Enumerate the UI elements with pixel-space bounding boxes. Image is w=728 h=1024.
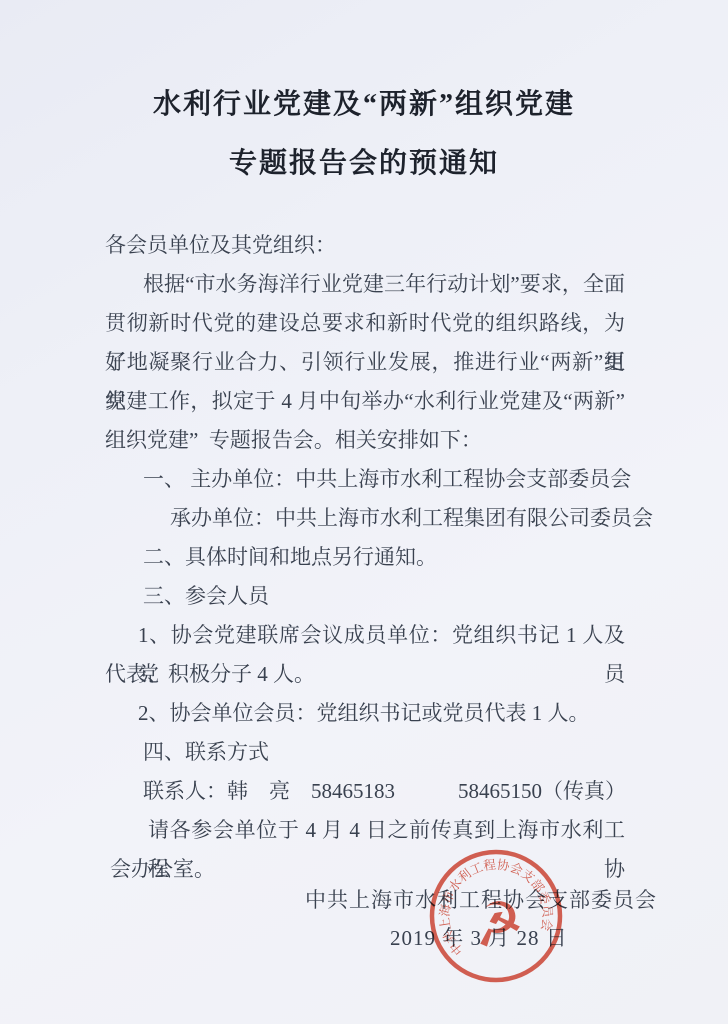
item-attendees-line: 三、参会人员 [105, 577, 625, 616]
salutation-line: 各会员单位及其党组织： [105, 226, 625, 265]
item-undertaker-line: 承办单位：中共上海市水利工程集团有限公司委员会 [105, 499, 625, 538]
contact-info-line: 联系人：韩 亮 58465183 58465150（传真） [105, 772, 625, 811]
notice-body: 各会员单位及其党组织： 根据“市水务海洋行业党建三年行动计划”要求，全面 贯彻新… [105, 226, 625, 889]
item-organizer-line: 一、 主办单位：中共上海市水利工程协会支部委员会 [105, 460, 625, 499]
body-line: 贯彻新时代党的建设总要求和新时代党的组织路线，为了更 [105, 304, 625, 343]
scanned-notice-page: 水利行业党建及“两新”组织党建 专题报告会的预通知 各会员单位及其党组织： 根据… [0, 0, 728, 1024]
body-line: 根据“市水务海洋行业党建三年行动计划”要求，全面 [105, 265, 625, 304]
notice-title-line1: 水利行业党建及“两新”组织党建 [0, 82, 728, 122]
official-red-seal: 中共上海市水利工程协会支部委员会 ☭ [389, 809, 602, 1022]
notice-title-line2: 专题报告会的预通知 [0, 141, 728, 181]
body-line: 2、协会单位会员：党组织书记或党员代表 1 人。 [105, 694, 625, 733]
body-line: 1、协会党建联席会议成员单位：党组织书记 1 人及党员 [105, 616, 625, 655]
body-line: 组织党建” 专题报告会。相关安排如下： [105, 421, 625, 460]
party-emblem-icon: ☭ [465, 885, 530, 962]
item-contact-line: 四、联系方式 [105, 733, 625, 772]
body-line: 党建工作，拟定于 4 月中旬举办“水利行业党建及“两新” [105, 382, 625, 421]
body-line: 好地凝聚行业合力、引领行业发展，推进行业“两新”组织 [105, 343, 625, 382]
item-time-line: 二、具体时间和地点另行通知。 [105, 538, 625, 577]
